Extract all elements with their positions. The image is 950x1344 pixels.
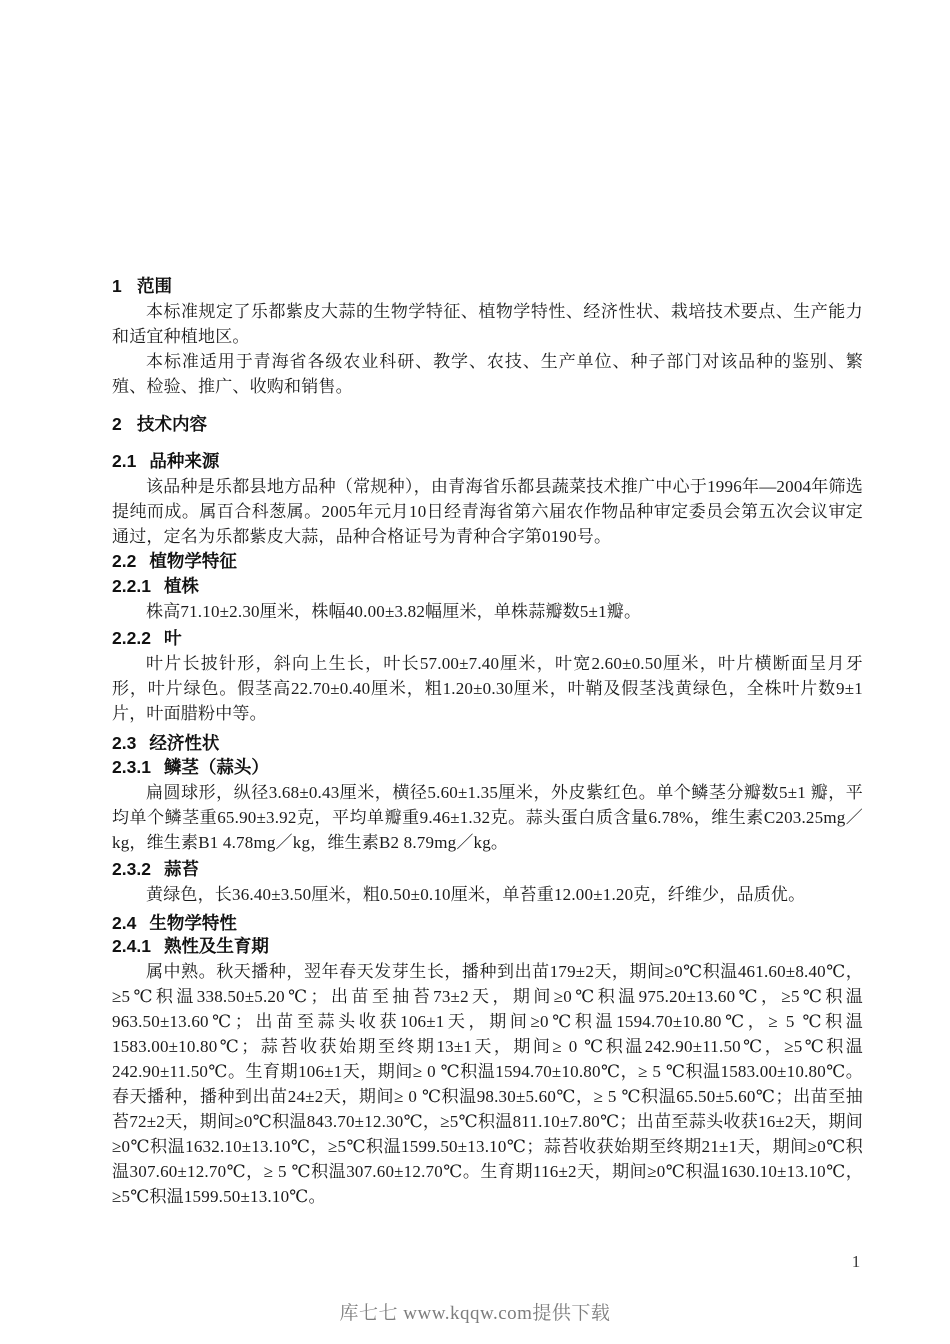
section-title: 叶 <box>164 628 182 648</box>
section-heading-2-4: 2.4生物学特性 <box>112 911 863 936</box>
paragraph: 该品种是乐都县地方品种（常规种），由青海省乐都县蔬菜技术推广中心于1996年—2… <box>112 474 863 549</box>
section-title: 蒜苔 <box>164 859 199 879</box>
paragraph: 叶片长披针形，斜向上生长，叶长57.00±7.40厘米，叶宽2.60±0.50厘… <box>112 651 863 726</box>
section-number: 2.2.1 <box>112 574 151 599</box>
section-number: 2.3 <box>112 731 136 756</box>
section-heading-1: 1范围 <box>112 274 863 299</box>
section-title: 品种来源 <box>149 451 219 471</box>
section-number: 2.4 <box>112 911 136 936</box>
section-heading-2-2-2: 2.2.2叶 <box>112 626 863 651</box>
paragraph: 本标准适用于青海省各级农业科研、教学、农技、生产单位、种子部门对该品种的鉴别、繁… <box>112 349 863 399</box>
section-heading-2-1: 2.1品种来源 <box>112 449 863 474</box>
paragraph: 本标准规定了乐都紫皮大蒜的生物学特征、植物学特性、经济性状、栽培技术要点、生产能… <box>112 299 863 349</box>
section-title: 技术内容 <box>137 414 207 434</box>
section-heading-2: 2技术内容 <box>112 412 863 437</box>
section-number: 2.2 <box>112 549 136 574</box>
section-number: 2.3.1 <box>112 755 151 780</box>
document-content: 1范围 本标准规定了乐都紫皮大蒜的生物学特征、植物学特性、经济性状、栽培技术要点… <box>112 274 863 1209</box>
section-number: 2.3.2 <box>112 857 151 882</box>
section-heading-2-4-1: 2.4.1熟性及生育期 <box>112 934 863 959</box>
section-number: 1 <box>112 274 124 299</box>
section-title: 植物学特征 <box>149 551 237 571</box>
section-title: 经济性状 <box>149 733 219 753</box>
section-number: 2.1 <box>112 449 136 474</box>
section-heading-2-2-1: 2.2.1植株 <box>112 574 863 599</box>
section-title: 植株 <box>164 576 199 596</box>
section-title: 范围 <box>137 276 172 296</box>
section-title: 熟性及生育期 <box>164 936 269 956</box>
section-number: 2.4.1 <box>112 934 151 959</box>
section-heading-2-3-1: 2.3.1鳞茎（蒜头） <box>112 755 863 780</box>
section-number: 2 <box>112 412 124 437</box>
footer-watermark: 库七七 www.kqqw.com提供下载 <box>0 1302 950 1326</box>
section-title: 鳞茎（蒜头） <box>164 757 269 777</box>
section-number: 2.2.2 <box>112 626 151 651</box>
document-page: 1范围 本标准规定了乐都紫皮大蒜的生物学特征、植物学特性、经济性状、栽培技术要点… <box>0 0 950 1344</box>
section-title: 生物学特性 <box>149 913 237 933</box>
paragraph: 属中熟。秋天播种，翌年春天发芽生长，播种到出苗179±2天，期间≥0℃积温461… <box>112 959 863 1209</box>
paragraph: 扁圆球形，纵径3.68±0.43厘米，横径5.60±1.35厘米，外皮紫红色。单… <box>112 780 863 855</box>
paragraph: 株高71.10±2.30厘米，株幅40.00±3.82幅厘米，单株蒜瓣数5±1瓣… <box>112 599 863 624</box>
section-heading-2-3-2: 2.3.2蒜苔 <box>112 857 863 882</box>
section-heading-2-2: 2.2植物学特征 <box>112 549 863 574</box>
paragraph: 黄绿色，长36.40±3.50厘米，粗0.50±0.10厘米，单苔重12.00±… <box>112 882 863 907</box>
page-number: 1 <box>846 1252 866 1272</box>
section-heading-2-3: 2.3经济性状 <box>112 731 863 756</box>
